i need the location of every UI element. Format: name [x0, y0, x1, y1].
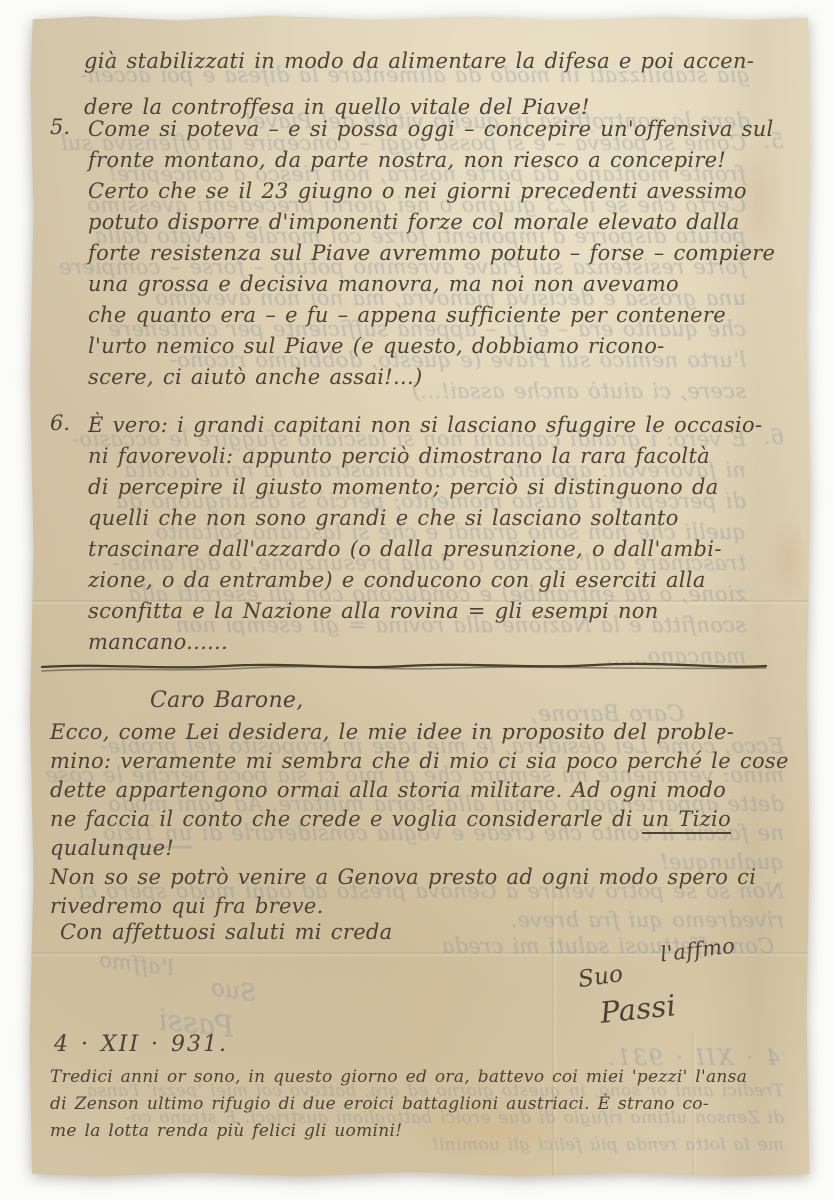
handwritten-line: trascinare dall'azzardo (o dalla presunz…: [88, 534, 762, 565]
handwritten-line: ni favorevoli: appunto perciò dimostrano…: [88, 441, 762, 472]
handwritten-line: È vero: i grandi capitani non si lascian…: [88, 410, 762, 441]
handwritten-line: Certo che se il 23 giugno o nei giorni p…: [88, 176, 775, 207]
handwritten-line: Come si poteva – e si possa oggi – conce…: [88, 114, 775, 145]
hand-drawn-divider-line: [40, 660, 770, 676]
handwritten-line: mino: veramente mi sembra che di mio ci …: [50, 747, 789, 776]
handwritten-line: zione, o da entrambe) e conducono con gl…: [88, 565, 762, 596]
handwritten-line: mancano......: [88, 627, 762, 658]
handwritten-line: rivedremo qui fra breve.: [50, 892, 789, 921]
handwritten-line: una grossa e decisiva manovra, ma noi no…: [88, 269, 775, 300]
handwritten-line: qualunque!: [50, 834, 789, 863]
numbered-item-6: 6. È vero: i grandi capitani non si lasc…: [50, 410, 762, 658]
handwritten-line: sconfitta e la Nazione alla rovina = gli…: [88, 596, 762, 627]
handwritten-line: Ecco, come Lei desidera, le mie idee in …: [50, 718, 789, 747]
item-5-text: Come si poteva – e si possa oggi – conce…: [88, 114, 775, 393]
handwritten-line: dette appartengono ormai alla storia mil…: [50, 776, 789, 805]
handwritten-line: fronte montano, da parte nostra, non rie…: [88, 145, 775, 176]
postscript-date: 4 · XII · 931.: [54, 1032, 228, 1057]
handwritten-line: quelli che non sono grandi e che si lasc…: [88, 503, 762, 534]
letter-scan: già stabilizzati in modo da alimentare l…: [0, 0, 834, 1200]
handwritten-text-layer: già stabilizzati in modo da alimentare l…: [28, 14, 812, 1180]
item-number: 6.: [50, 410, 88, 658]
handwritten-line: Tredici anni or sono, in questo giorno e…: [50, 1064, 812, 1091]
handwritten-line: scere, ci aiutò anche assai!...): [88, 362, 775, 393]
valediction: Con affettuosi saluti mi creda: [60, 920, 392, 944]
handwritten-line: forte resistenza sul Piave avremmo potut…: [88, 238, 775, 269]
handwritten-line: di Zenson ultimo rifugio di due eroici b…: [50, 1091, 812, 1118]
underlined-phrase: un Tizio: [642, 807, 731, 834]
closing-line-with-underline: ne faccia il conto che crede e voglia co…: [50, 805, 789, 834]
salutation: Caro Barone,: [150, 688, 304, 713]
item-number: 5.: [50, 114, 88, 393]
paper-sheet: già stabilizzati in modo da alimentare l…: [28, 14, 812, 1180]
closing-body: Ecco, come Lei desidera, le mie idee in …: [50, 718, 789, 921]
handwritten-line: Non so se potrò venire a Genova presto a…: [50, 863, 789, 892]
numbered-item-5: 5. Come si poteva – e si possa oggi – co…: [50, 114, 775, 393]
handwritten-line: l'urto nemico sul Piave (e questo, dobbi…: [88, 331, 775, 362]
closing-body-part-2: qualunque!Non so se potrò venire a Genov…: [50, 834, 789, 921]
handwritten-line: potuto disporre d'imponenti forze col mo…: [88, 207, 775, 238]
handwritten-line: di percepire il giusto momento; perciò s…: [88, 472, 762, 503]
signoff-suo: Suo: [576, 961, 625, 993]
item-6-text: È vero: i grandi capitani non si lascian…: [88, 410, 762, 658]
signature: Passi: [598, 988, 677, 1030]
handwritten-line: già stabilizzati in modo da alimentare l…: [84, 38, 754, 84]
closing-line-pre: ne faccia il conto che crede e voglia co…: [50, 807, 642, 831]
handwritten-line: che quanto era – e fu – appena sufficien…: [88, 300, 775, 331]
postscript-text: Tredici anni or sono, in questo giorno e…: [50, 1064, 812, 1145]
signoff-affmo: l'affmo: [659, 934, 737, 967]
closing-body-part-1: Ecco, come Lei desidera, le mie idee in …: [50, 718, 789, 805]
handwritten-line: me la lotta renda più felici gli uomini!: [50, 1118, 812, 1145]
